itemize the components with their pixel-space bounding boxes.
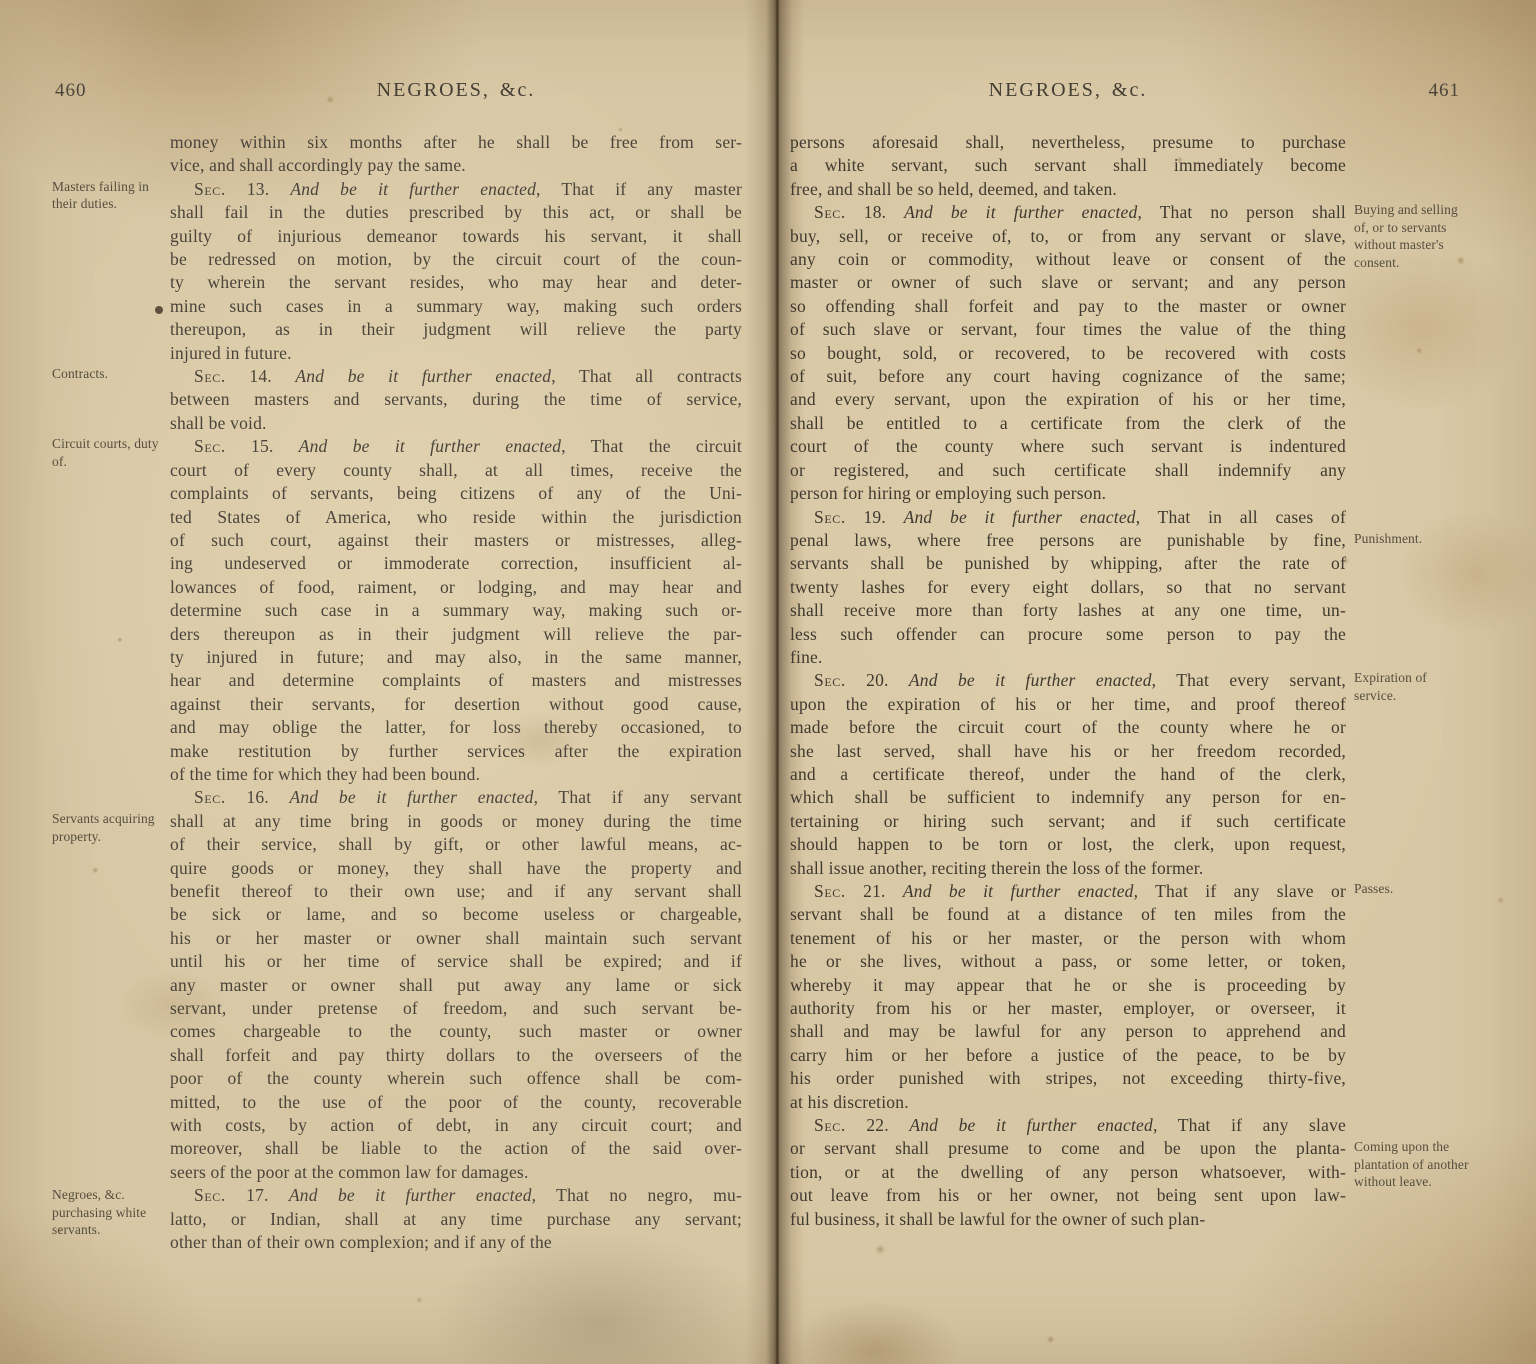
section-15-margin-note: Circuit courts, duty of. bbox=[52, 435, 162, 470]
text-line: Sec. 22. And be it further enacted, That… bbox=[790, 1114, 1346, 1137]
text-line: upon the expiration of his or her time, … bbox=[790, 693, 1346, 716]
text-line: at his discretion. bbox=[790, 1091, 1346, 1114]
text-line: shall be entitled to a certificate from … bbox=[790, 412, 1346, 435]
text-line: servant, under pretense of freedom, and … bbox=[170, 997, 742, 1020]
text-line: against their servants, for desertion wi… bbox=[170, 693, 742, 716]
text-line: person for hiring or employing such pers… bbox=[790, 482, 1346, 505]
text-line: ty injured in future; and may also, in t… bbox=[170, 646, 742, 669]
section-18-margin-note: Buying and selling of, or to servants wi… bbox=[1354, 201, 1472, 271]
section-15: Circuit courts, duty of.Sec. 15. And be … bbox=[170, 435, 742, 786]
text-line: made before the circuit court of the cou… bbox=[790, 716, 1346, 739]
page-number-left: 460 bbox=[55, 80, 87, 102]
section-19-margin-note: Punishment. bbox=[1354, 530, 1472, 548]
text-line: tion, or at the dwelling of any person w… bbox=[790, 1161, 1346, 1184]
book-scan: 460 NEGROES, &c. money within six months… bbox=[0, 0, 1536, 1364]
text-line: so offending shall forfeit and pay to th… bbox=[790, 295, 1346, 318]
text-line: fine. bbox=[790, 646, 1346, 669]
text-line: shall be void. bbox=[170, 412, 742, 435]
text-line: of their service, shall by gift, or othe… bbox=[170, 833, 742, 856]
text-line: his order punished with stripes, not exc… bbox=[790, 1067, 1346, 1090]
text-line: shall fail in the duties prescribed by t… bbox=[170, 201, 742, 224]
text-line: money within six months after he shall b… bbox=[170, 131, 742, 154]
section-14-margin-note: Contracts. bbox=[52, 365, 162, 383]
text-line: complaints of servants, being citizens o… bbox=[170, 482, 742, 505]
text-line: so bought, sold, or recovered, to be rec… bbox=[790, 342, 1346, 365]
text-line: be sick or lame, and so become useless o… bbox=[170, 903, 742, 926]
section-17-margin-note: Negroes, &c. purchasing white servants. bbox=[52, 1186, 162, 1239]
text-line: tenement of his or her master, or the pe… bbox=[790, 927, 1346, 950]
text-line: or servant shall presume to come and be … bbox=[790, 1137, 1346, 1160]
text-line: make restitution by further services aft… bbox=[170, 740, 742, 763]
text-line: moreover, shall be liable to the action … bbox=[170, 1137, 742, 1160]
text-line: free, and shall be so held, deemed, and … bbox=[790, 178, 1346, 201]
text-line: and may oblige the latter, for loss ther… bbox=[170, 716, 742, 739]
text-line: quire goods or money, they shall have th… bbox=[170, 857, 742, 880]
page-460: 460 NEGROES, &c. money within six months… bbox=[0, 0, 770, 1364]
ink-spot bbox=[155, 306, 163, 314]
text-line: Sec. 15. And be it further enacted, That… bbox=[170, 435, 742, 458]
text-line: Sec. 21. And be it further enacted, That… bbox=[790, 880, 1346, 903]
text-line: with costs, by action of debt, in any ci… bbox=[170, 1114, 742, 1137]
left-text-column: money within six months after he shall b… bbox=[170, 131, 742, 1255]
text-line: master or owner of such slave or servant… bbox=[790, 271, 1346, 294]
section-20-margin-note: Expiration of service. bbox=[1354, 669, 1472, 704]
text-line: she last served, shall have his or her f… bbox=[790, 740, 1346, 763]
text-line: buy, sell, or receive of, to, or from an… bbox=[790, 225, 1346, 248]
section-21: Passes.Sec. 21. And be it further enacte… bbox=[790, 880, 1346, 1114]
text-line: and a certificate thereof, under the han… bbox=[790, 763, 1346, 786]
text-line: servant shall be found at a distance of … bbox=[790, 903, 1346, 926]
text-line: less such offender can procure some pers… bbox=[790, 623, 1346, 646]
text-line: ty wherein the servant resides, who may … bbox=[170, 271, 742, 294]
section-22: Coming upon the plantation of another wi… bbox=[790, 1114, 1346, 1231]
text-line: penal laws, where free persons are punis… bbox=[790, 529, 1346, 552]
page-461: NEGROES, &c. 461 persons aforesaid shall… bbox=[770, 0, 1536, 1364]
text-line: of such court, against their masters or … bbox=[170, 529, 742, 552]
text-line: Sec. 19. And be it further enacted, That… bbox=[790, 506, 1346, 529]
text-line: of such slave or servant, four times the… bbox=[790, 318, 1346, 341]
text-line: mine such cases in a summary way, making… bbox=[170, 295, 742, 318]
text-line: other than of their own complexion; and … bbox=[170, 1231, 742, 1254]
text-line: mitted, to the use of the poor of the co… bbox=[170, 1091, 742, 1114]
section-13: Masters failing in their duties.Sec. 13.… bbox=[170, 178, 742, 365]
section-13-margin-note: Masters failing in their duties. bbox=[52, 178, 162, 213]
section-16: Servants acquiring property.Sec. 16. And… bbox=[170, 786, 742, 1184]
text-line: servants shall be punished by whipping, … bbox=[790, 552, 1346, 575]
section-19: Punishment.Sec. 19. And be it further en… bbox=[790, 506, 1346, 670]
text-line: be redressed on motion, by the circuit c… bbox=[170, 248, 742, 271]
text-line: and every servant, upon the expiration o… bbox=[790, 388, 1346, 411]
text-line: thereupon, as in their judgment will rel… bbox=[170, 318, 742, 341]
text-line: ted States of America, who reside within… bbox=[170, 506, 742, 529]
continuation-paragraph: money within six months after he shall b… bbox=[170, 131, 742, 178]
section-18: Buying and selling of, or to servants wi… bbox=[790, 201, 1346, 505]
text-line: Sec. 20. And be it further enacted, That… bbox=[790, 669, 1346, 692]
text-line: ders thereupon as in their judgment will… bbox=[170, 623, 742, 646]
section-22-margin-note: Coming upon the plantation of another wi… bbox=[1354, 1138, 1472, 1191]
text-line: determine such case in a summary way, ma… bbox=[170, 599, 742, 622]
section-21-margin-note: Passes. bbox=[1354, 880, 1472, 898]
text-line: his or her master or owner shall maintai… bbox=[170, 927, 742, 950]
text-line: until his or her time of service shall b… bbox=[170, 950, 742, 973]
text-line: carry him or her before a justice of the… bbox=[790, 1044, 1346, 1067]
text-line: whereby it may appear that he or she is … bbox=[790, 974, 1346, 997]
text-line: comes chargeable to the county, such mas… bbox=[170, 1020, 742, 1043]
text-line: vice, and shall accordingly pay the same… bbox=[170, 154, 742, 177]
section-20: Expiration of service.Sec. 20. And be it… bbox=[790, 669, 1346, 880]
text-line: Sec. 14. And be it further enacted, That… bbox=[170, 365, 742, 388]
text-line: any coin or commodity, without leave or … bbox=[790, 248, 1346, 271]
text-line: shall forfeit and pay thirty dollars to … bbox=[170, 1044, 742, 1067]
text-line: court of every county shall, at all time… bbox=[170, 459, 742, 482]
text-line: Sec. 17. And be it further enacted, That… bbox=[170, 1184, 742, 1207]
text-line: of the time for which they had been boun… bbox=[170, 763, 742, 786]
text-line: guilty of injurious demeanor towards his… bbox=[170, 225, 742, 248]
text-line: lowances of food, raiment, or lodging, a… bbox=[170, 576, 742, 599]
text-line: which shall be sufficient to indemnify a… bbox=[790, 786, 1346, 809]
continuation-paragraph: persons aforesaid shall, nevertheless, p… bbox=[790, 131, 1346, 201]
text-line: Sec. 13. And be it further enacted, That… bbox=[170, 178, 742, 201]
text-line: ful business, it shall be lawful for the… bbox=[790, 1208, 1346, 1231]
text-line: shall receive more than forty lashes at … bbox=[790, 599, 1346, 622]
text-line: he or she lives, without a pass, or some… bbox=[790, 950, 1346, 973]
text-line: shall issue another, reciting therein th… bbox=[790, 857, 1346, 880]
text-line: any master or owner shall put away any l… bbox=[170, 974, 742, 997]
text-line: or registered, and such certificate shal… bbox=[790, 459, 1346, 482]
text-line: out leave from his or her owner, not bei… bbox=[790, 1184, 1346, 1207]
text-line: a white servant, such servant shall imme… bbox=[790, 154, 1346, 177]
text-line: between masters and servants, during the… bbox=[170, 388, 742, 411]
text-line: shall at any time bring in goods or mone… bbox=[170, 810, 742, 833]
text-line: court of the county where such servant i… bbox=[790, 435, 1346, 458]
section-17: Negroes, &c. purchasing white servants.S… bbox=[170, 1184, 742, 1254]
text-line: ing undeserved or immoderate correction,… bbox=[170, 552, 742, 575]
text-line: persons aforesaid shall, nevertheless, p… bbox=[790, 131, 1346, 154]
text-line: should happen to be torn or lost, the cl… bbox=[790, 833, 1346, 856]
text-line: seers of the poor at the common law for … bbox=[170, 1161, 742, 1184]
text-line: shall and may be lawful for any person t… bbox=[790, 1020, 1346, 1043]
text-line: Sec. 16. And be it further enacted, That… bbox=[170, 786, 742, 809]
right-text-column: persons aforesaid shall, nevertheless, p… bbox=[790, 131, 1346, 1231]
text-line: tertaining or hiring such servant; and i… bbox=[790, 810, 1346, 833]
section-16-margin-note: Servants acquiring property. bbox=[52, 810, 162, 845]
text-line: of suit, before any court having cogniza… bbox=[790, 365, 1346, 388]
text-line: benefit thereof to their own use; and if… bbox=[170, 880, 742, 903]
running-head-right: NEGROES, &c. bbox=[790, 79, 1346, 102]
section-14: Contracts.Sec. 14. And be it further ena… bbox=[170, 365, 742, 435]
text-line: hear and determine complaints of masters… bbox=[170, 669, 742, 692]
text-line: Sec. 18. And be it further enacted, That… bbox=[790, 201, 1346, 224]
page-number-right: 461 bbox=[1429, 80, 1461, 102]
text-line: twenty lashes for every eight dollars, s… bbox=[790, 576, 1346, 599]
text-line: latto, or Indian, shall at any time purc… bbox=[170, 1208, 742, 1231]
running-head-left: NEGROES, &c. bbox=[170, 79, 742, 102]
text-line: injured in future. bbox=[170, 342, 742, 365]
text-line: authority from his or her master, employ… bbox=[790, 997, 1346, 1020]
text-line: poor of the county wherein such offence … bbox=[170, 1067, 742, 1090]
